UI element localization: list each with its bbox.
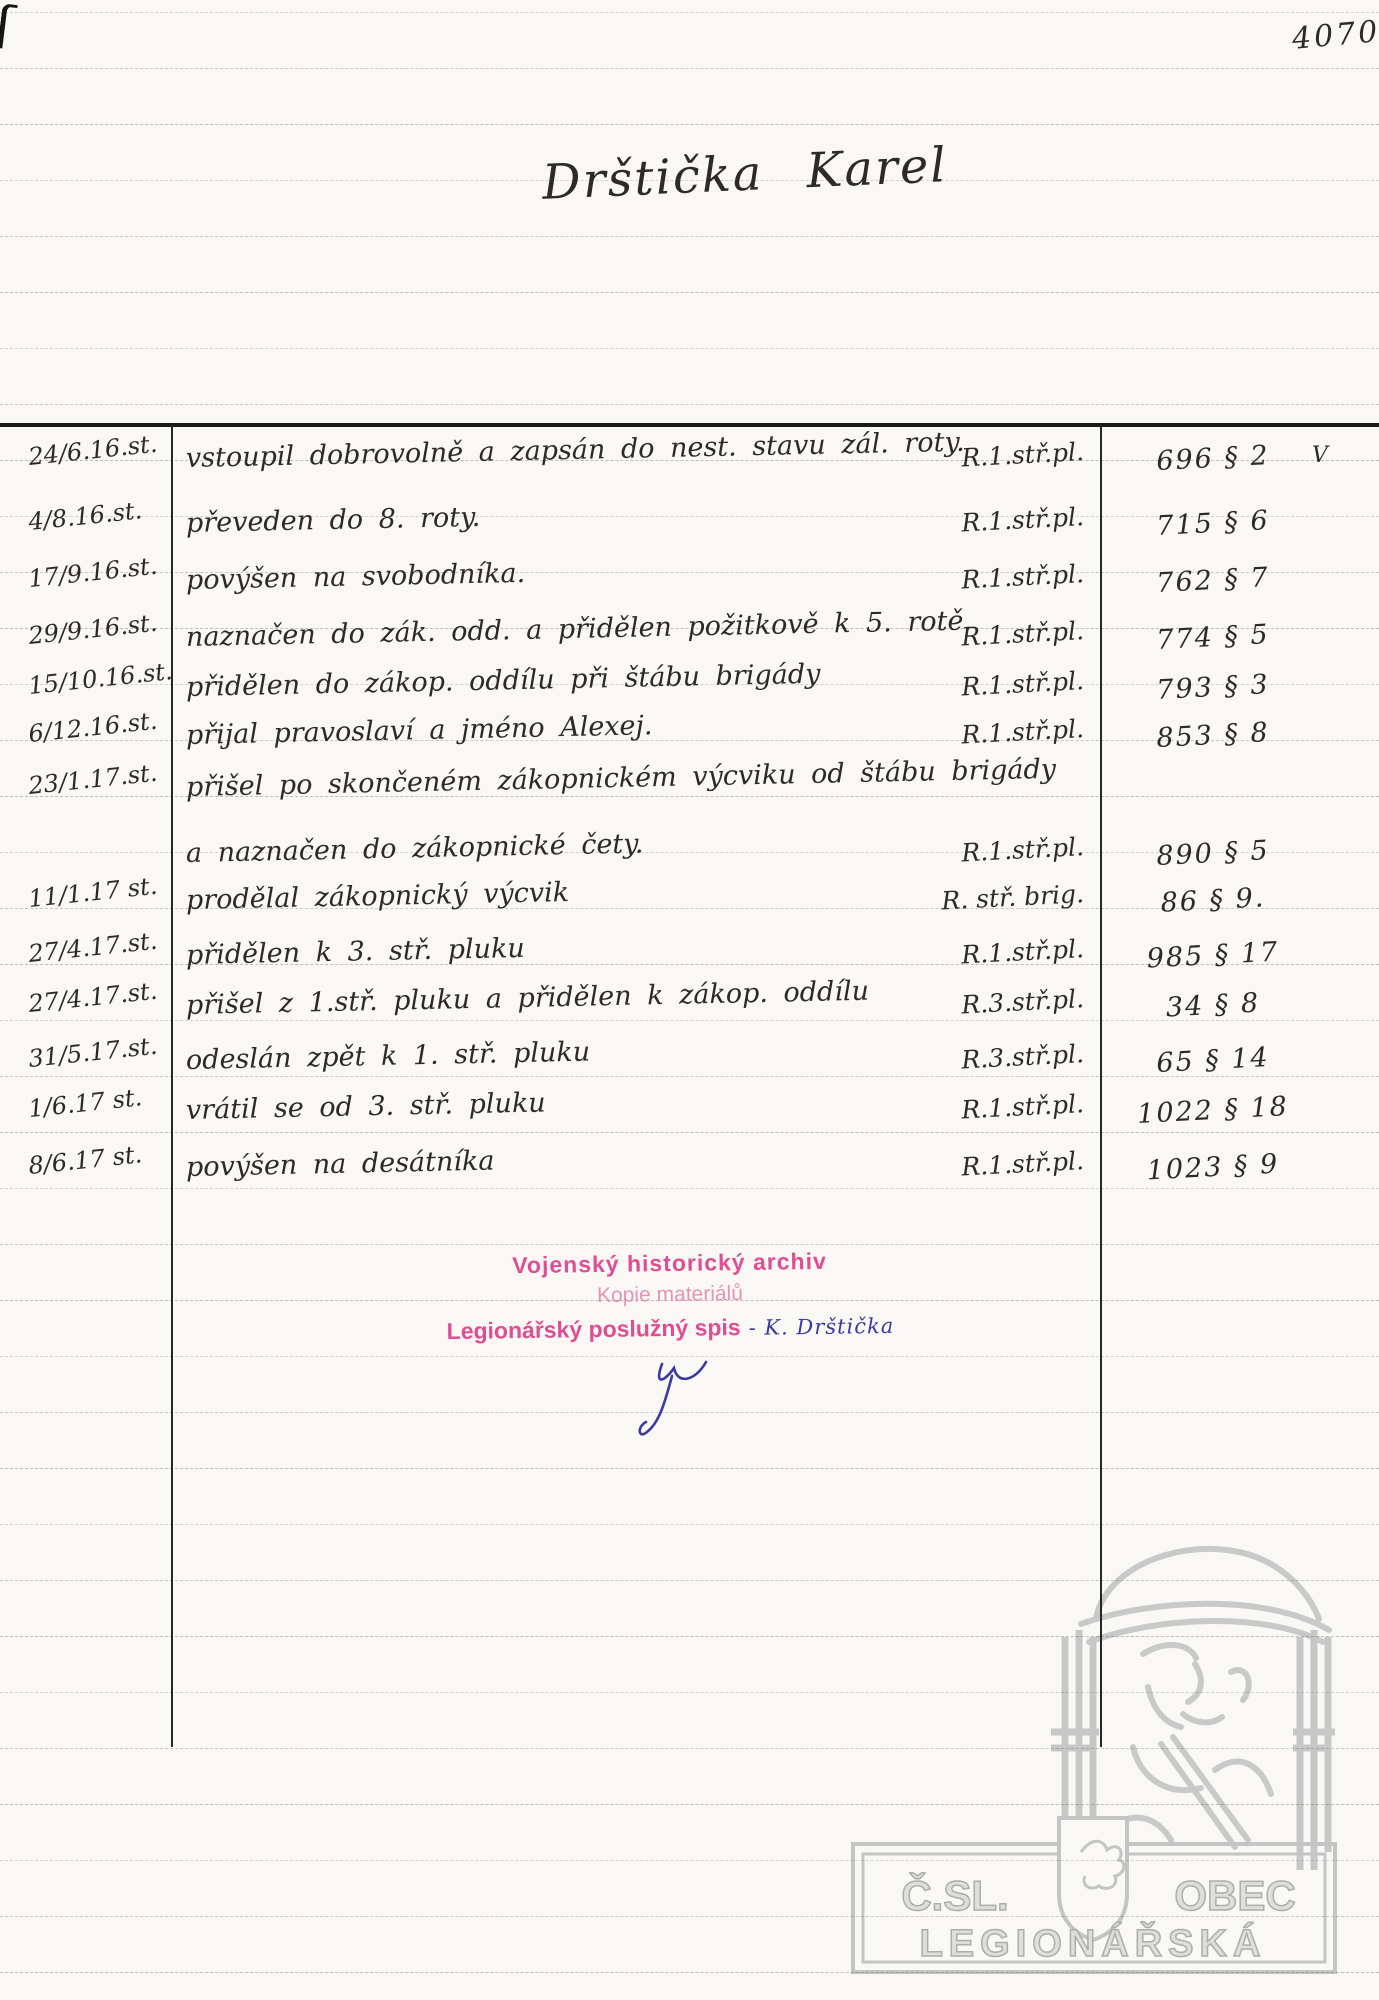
stamp-line-3-text: Legionářský poslužný spis	[446, 1314, 740, 1344]
stamp-line-1: Vojenský historický archiv	[427, 1247, 911, 1281]
row-ref-number: 65 § 14	[1117, 1040, 1308, 1081]
row-ref-number: 774 § 5	[1117, 617, 1308, 658]
scanned-document-page: 4070 Drštička Karel	[0, 0, 1379, 2000]
record-rows: 24/6.16.st.vstoupil dobrovolně a zapsán …	[0, 0, 1379, 2000]
pen-annotation: - K. Drštička	[748, 1314, 894, 1340]
stamp-line-2: Kopie materiálů	[428, 1280, 912, 1311]
row-ref-number: 86 § 9.	[1117, 880, 1308, 921]
row-ref-number: 715 § 6	[1117, 503, 1308, 544]
row-ref-number: 853 § 8	[1117, 715, 1308, 756]
row-ref-number: 985 § 17	[1117, 935, 1308, 976]
row-ref-number: 762 § 7	[1117, 560, 1308, 601]
row-ref-number: 1022 § 18	[1117, 1090, 1308, 1131]
row-ref-number: 793 § 3	[1117, 667, 1308, 708]
archive-stamp: Vojenský historický archiv Kopie materiá…	[427, 1247, 912, 1346]
table-row: 8/6.17 st.povýšen na desátníkaR.1.stř.pl…	[0, 1152, 1379, 1214]
row-ref-number: 34 § 8	[1117, 985, 1308, 1026]
row-note: V	[1312, 443, 1328, 468]
pen-signature	[628, 1352, 738, 1442]
row-ref-number: 1023 § 9	[1117, 1147, 1308, 1188]
table-row: 23/1.17.st.přišel po skončeném zákopnick…	[0, 772, 1379, 834]
row-ref-number: 890 § 5	[1117, 833, 1308, 874]
table-row: 24/6.16.st.vstoupil dobrovolně a zapsán …	[0, 443, 1379, 505]
row-ref-number: 696 § 2	[1117, 438, 1308, 479]
row-date: 24/6.16.st.	[27, 428, 177, 471]
